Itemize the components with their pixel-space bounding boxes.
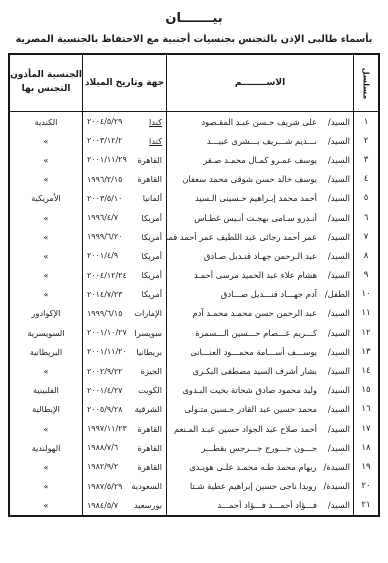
name-cell: السيد/ وليد محمود صادق شحاتة بخيت البـدو… (166, 381, 353, 400)
birth-place: الكويت (138, 385, 162, 395)
birth-date: ٢٠٠١/٤/٢٧ (87, 386, 122, 395)
header-name-cell: الاســــــــم (166, 55, 353, 111)
birth-date: ٢٠٠١/١١/٢٩ (87, 155, 127, 164)
nationality-cell: الفلبينية (10, 381, 82, 400)
birth-date: ٢٠٠١/٤/٩ (87, 251, 118, 260)
serial-cell: ١١ (353, 304, 378, 323)
birth-date: ١٩٨٤/٥/٧ (87, 501, 118, 510)
serial-cell: ١٨ (353, 438, 378, 457)
nationality-cell: السويسرية (10, 323, 82, 342)
birth-date: ١٩٨٧/٥/٢٩ (87, 482, 122, 491)
nationality-cell: الكندية (10, 112, 82, 131)
serial-cell: ٢٠ (353, 477, 378, 496)
nationality-cell: » (10, 477, 82, 496)
serial-cell: ١ (353, 112, 378, 131)
table-row: ١٥ السيد/ وليد محمود صادق شحاتة بخيت الب… (10, 381, 378, 400)
document-title: بيـــــــان (0, 0, 388, 26)
table-row: ٢١ السيد/ فـــؤاد أحمـــد فـــؤاد أحمـــ… (10, 496, 378, 515)
table-row: ٦ السيد/ أنـدرو سـامى بهجـت أنـيس غطـاس … (10, 208, 378, 227)
birth-cell: أمريكا ١٩٩٩/٦/٢٠ (82, 227, 166, 246)
person-name: رويدا ناجى حسين إبراهيم عطية شـتا (190, 481, 317, 491)
nationality-value: » (44, 155, 49, 165)
honorific-title: السيد/ (324, 443, 350, 453)
birth-cell: أمريكا ٢٠٠٤/١٢/٢٤ (82, 266, 166, 285)
table-row: ٨ السيد/ عبد الـرحمن جهـاد قنـديل صـادق … (10, 246, 378, 265)
honorific-title: السيد/ (324, 117, 350, 127)
serial-cell: ٧ (353, 227, 378, 246)
serial-number: ١٠ (361, 289, 370, 299)
birth-header-label: جهة وتاريخ الميلاد (85, 78, 164, 88)
birth-place: سويسرا (135, 328, 162, 338)
table-row: ٧ السيد/ عمر أحمد رجائى عبد اللطيف عمر أ… (10, 227, 378, 246)
header-birth-cell: جهة وتاريخ الميلاد (82, 55, 166, 111)
birth-place: أمريكا (142, 289, 162, 299)
birth-cell: بورسعيد ١٩٨٤/٥/٧ (82, 496, 166, 515)
person-name: ريهام محمد طـه محمـد علـى هويـدى (189, 462, 316, 472)
birth-date: ٢٠٠٣/١٢/٢ (87, 136, 122, 145)
birth-date: ٢٠١٤/٧/٢٣ (87, 290, 122, 299)
serial-cell: ١٤ (353, 361, 378, 380)
serial-cell: ٦ (353, 208, 378, 227)
table-row: ١٨ السيد/ جـــون جـــورج جـــرجس بقطـــر… (10, 438, 378, 457)
birth-place: بورسعيد (134, 500, 162, 510)
serial-header-label: مسلسل (361, 67, 370, 99)
serial-number: ١٢ (361, 328, 370, 338)
birth-place: القاهرة (137, 443, 162, 453)
nationality-cell: » (10, 150, 82, 169)
serial-number: ١٩ (361, 462, 370, 472)
serial-cell: ٣ (353, 150, 378, 169)
name-header-label: الاســــــــم (235, 78, 285, 88)
serial-number: ٧ (364, 232, 369, 242)
table-body: ١ السيد/ على شريف حـسن عبـد المقـصود كند… (10, 112, 378, 515)
name-cell: السيد/ عمر أحمد رجائى عبد اللطيف عمر أحم… (166, 227, 353, 246)
nationality-value: » (44, 136, 49, 146)
birth-date: ١٩٩٩/٦/١٥ (87, 309, 122, 318)
person-name: وليد محمود صادق شحاتة بخيت البـدوى (182, 385, 317, 395)
table-row: ٥ السيد/ أحمد محمد إبـراهيم حـسينى الـسي… (10, 189, 378, 208)
nationality-cell: الأمريكية (10, 189, 82, 208)
nationality-value: » (44, 213, 49, 223)
person-name: هشام علاء عبد الحميد مرسى أحمـد (194, 270, 317, 280)
birth-place: أمريكا (142, 213, 162, 223)
birth-place: الإمارات (134, 308, 162, 318)
nationality-cell: » (10, 285, 82, 304)
person-name: فـــؤاد أحمـــد فـــؤاد أحمـــد (217, 500, 317, 510)
person-name: على شريف حـسن عبـد المقـصود (201, 117, 317, 127)
honorific-title: السيد/ (324, 174, 350, 184)
nationality-value: » (44, 424, 49, 434)
name-cell: السيد/ محمد حسين عبد القادر حـسين متـولى (166, 400, 353, 419)
birth-place: أمريكا (142, 270, 162, 280)
honorific-title: السيد/ (324, 213, 350, 223)
serial-number: ٩ (364, 270, 369, 280)
table-row: ٢٠ السيدة/ رويدا ناجى حسين إبراهيم عطية … (10, 477, 378, 496)
person-name: كـــريم عـــصام حـــسين الـــسمرة (195, 328, 317, 338)
serial-number: ٥ (364, 193, 369, 203)
person-name: يوسف عمـرو كمـال محمـد صـقر (203, 155, 317, 165)
table-row: ١٢ السيد/ كـــريم عـــصام حـــسين الـــس… (10, 323, 378, 342)
name-cell: السيد/ عبد الرحمن حسن محمـد محمـد آدم (166, 304, 353, 323)
serial-number: ٢١ (361, 500, 370, 510)
table-row: ١٩ السيدة/ ريهام محمد طـه محمـد علـى هوي… (10, 457, 378, 476)
serial-cell: ٨ (353, 246, 378, 265)
birth-cell: كندا ٢٠٠٣/١٢/٢ (82, 131, 166, 150)
birth-date: ٢٠٠٥/٩/٢٨ (87, 405, 122, 414)
person-name: عمر أحمد رجائى عبد اللطيف عمر أحمد قمر (167, 232, 317, 242)
table-row: ١ السيد/ على شريف حـسن عبـد المقـصود كند… (10, 112, 378, 131)
nationality-cell: » (10, 170, 82, 189)
serial-cell: ٢١ (353, 496, 378, 515)
birth-place: كندا (149, 136, 162, 146)
name-cell: السيد/ يوسف عمـرو كمـال محمـد صـقر (166, 150, 353, 169)
honorific-title: السيد/ (324, 251, 350, 261)
nationality-value: الإيطالية (32, 404, 60, 414)
person-name: عبد الرحمن حسن محمـد محمـد آدم (192, 308, 317, 318)
table-row: ١٤ السيد/ بشار أشرف السيد مصطفى البكـرى … (10, 361, 378, 380)
person-name: يوسف خالد حسن شوقى محمد سعفان (182, 174, 317, 184)
birth-place: كندا (149, 117, 162, 127)
honorific-title: السيد/ (324, 232, 350, 242)
table-row: ١٠ الطفل/ آدم جهـــاد قنـــديل صـــادق أ… (10, 285, 378, 304)
birth-date: ٢٠٠٣/٥/١٠ (87, 194, 122, 203)
person-name: أنـدرو سـامى بهجـت أنـيس غطـاس (194, 213, 317, 223)
nationality-header-line1: الجنسية المأذون (10, 69, 82, 83)
birth-date: ١٩٩٧/١١/٢٣ (87, 424, 127, 433)
birth-cell: الجيزة ٢٠٠٢/٩/٢٢ (82, 361, 166, 380)
serial-cell: ٤ (353, 170, 378, 189)
serial-number: ١٤ (361, 366, 370, 376)
person-name: أحمد محمد إبـراهيم حـسينى الـسيد (195, 193, 317, 203)
serial-number: ٦ (364, 213, 369, 223)
serial-cell: ١٩ (353, 457, 378, 476)
serial-cell: ٢ (353, 131, 378, 150)
nationality-value: الكندية (35, 117, 58, 127)
birth-place: الشرقية (135, 404, 162, 414)
birth-place: بريطانيا (136, 347, 162, 357)
nationality-cell: » (10, 131, 82, 150)
honorific-title: السيدة/ (324, 462, 350, 472)
naturalization-table: مسلسل الاســــــــم جهة وتاريخ الميلاد ا… (8, 53, 380, 517)
serial-cell: ١٣ (353, 342, 378, 361)
nationality-value: السويسرية (27, 328, 64, 338)
honorific-title: السيد/ (324, 308, 350, 318)
nationality-value: الأمريكية (31, 193, 61, 203)
honorific-title: السيد/ (324, 155, 350, 165)
honorific-title: السيد/ (324, 136, 350, 146)
nationality-cell: » (10, 419, 82, 438)
person-name: محمد حسين عبد القادر حـسين متـولى (184, 404, 317, 414)
name-cell: السيد/ عبد الـرحمن جهـاد قنـديل صـادق (166, 246, 353, 265)
birth-cell: بريطانيا ٢٠٠١/١١/٢٠ (82, 342, 166, 361)
honorific-title: الطفل/ (324, 289, 350, 299)
nationality-cell: » (10, 208, 82, 227)
person-name: جـــون جـــورج جـــرجس بقطـــر (201, 443, 317, 453)
nationality-value: » (44, 500, 49, 510)
person-name: نـــديم شـــريف بـــشرى عبيـــد (207, 136, 317, 146)
honorific-title: السيد/ (324, 385, 350, 395)
birth-date: ٢٠٠١/١٠/٢٧ (87, 328, 127, 337)
table-row: ١١ السيد/ عبد الرحمن حسن محمـد محمـد آدم… (10, 304, 378, 323)
person-name: عبد الـرحمن جهـاد قنـديل صـادق (204, 251, 317, 261)
table-row: ٩ السيد/ هشام علاء عبد الحميد مرسى أحمـد… (10, 266, 378, 285)
serial-number: ٢٠ (361, 481, 370, 491)
name-cell: السيد/ على شريف حـسن عبـد المقـصود (166, 112, 353, 131)
name-cell: السيد/ يوسف خالد حسن شوقى محمد سعفان (166, 170, 353, 189)
nationality-cell: الإكوادور (10, 304, 82, 323)
birth-cell: سويسرا ٢٠٠١/١٠/٢٧ (82, 323, 166, 342)
name-cell: السيد/ نـــديم شـــريف بـــشرى عبيـــد (166, 131, 353, 150)
birth-date: ١٩٩٦/٢/١٥ (87, 175, 122, 184)
birth-cell: القاهرة ١٩٩٧/١١/٢٣ (82, 419, 166, 438)
serial-number: ١٦ (361, 404, 370, 414)
nationality-value: الإكوادور (32, 308, 61, 318)
birth-date: ١٩٩٦/٤/٧ (87, 213, 118, 222)
name-cell: السيدة/ ريهام محمد طـه محمـد علـى هويـدى (166, 457, 353, 476)
birth-cell: أمريكا ٢٠١٤/٧/٢٣ (82, 285, 166, 304)
table-row: ٣ السيد/ يوسف عمـرو كمـال محمـد صـقر الق… (10, 150, 378, 169)
serial-number: ١١ (361, 308, 370, 318)
table-row: ١٣ السيد/ يوســـف أســـامة محمـــود العن… (10, 342, 378, 361)
name-cell: السيد/ هشام علاء عبد الحميد مرسى أحمـد (166, 266, 353, 285)
birth-cell: القاهرة ١٩٨٨/٧/٦ (82, 438, 166, 457)
birth-cell: القاهرة ٢٠٠١/١١/٢٩ (82, 150, 166, 169)
birth-cell: كندا ٢٠٠٤/٥/٢٩ (82, 112, 166, 131)
nationality-cell: » (10, 246, 82, 265)
name-cell: السيد/ بشار أشرف السيد مصطفى البكـرى (166, 361, 353, 380)
nationality-value: » (44, 366, 49, 376)
honorific-title: السيد/ (324, 193, 350, 203)
nationality-value: البريطانية (30, 347, 62, 357)
honorific-title: السيد/ (324, 500, 350, 510)
birth-place: القاهرة (137, 424, 162, 434)
document-subtitle: بأسماء طالبى الإذن بالتجنس بجنسيات أجنبي… (0, 34, 388, 45)
person-name: آدم جهـــاد قنـــديل صـــادق (221, 289, 317, 299)
nationality-cell: الإيطالية (10, 400, 82, 419)
birth-place: الجيزة (141, 366, 162, 376)
birth-place: أمريكا (142, 232, 162, 242)
document-page: بيـــــــان بأسماء طالبى الإذن بالتجنس ب… (0, 0, 388, 563)
table-row: ٤ السيد/ يوسف خالد حسن شوقى محمد سعفان ا… (10, 170, 378, 189)
name-cell: الطفل/ آدم جهـــاد قنـــديل صـــادق (166, 285, 353, 304)
table-row: ١٧ السيد/ أحمد صلاح عبد الجواد حسين عبـد… (10, 419, 378, 438)
honorific-title: السيد/ (324, 328, 350, 338)
birth-date: ١٩٨٢/٩/٢ (87, 462, 118, 471)
honorific-title: السيد/ (324, 424, 350, 434)
serial-number: ٢ (364, 136, 369, 146)
birth-place: القاهرة (137, 174, 162, 184)
table-header: مسلسل الاســــــــم جهة وتاريخ الميلاد ا… (10, 55, 378, 112)
name-cell: السيد/ يوســـف أســـامة محمـــود العنـــ… (166, 342, 353, 361)
nationality-cell: » (10, 266, 82, 285)
table-row: ١٦ السيد/ محمد حسين عبد القادر حـسين متـ… (10, 400, 378, 419)
nationality-value: » (44, 462, 49, 472)
honorific-title: السيد/ (324, 347, 350, 357)
serial-cell: ١٦ (353, 400, 378, 419)
birth-date: ١٩٩٩/٦/٢٠ (87, 232, 122, 241)
nationality-value: » (44, 174, 49, 184)
nationality-value: » (44, 251, 49, 261)
person-name: أحمد صلاح عبد الجواد حسين عبـد المـنعم (174, 424, 317, 434)
serial-number: ١٥ (361, 385, 370, 395)
serial-number: ٨ (364, 251, 369, 261)
nationality-cell: » (10, 496, 82, 515)
birth-date: ١٩٨٨/٧/٦ (87, 443, 118, 452)
birth-place: السعودية (131, 481, 162, 491)
birth-place: ألمانيا (143, 193, 162, 203)
nationality-cell: » (10, 361, 82, 380)
serial-number: ١٣ (361, 347, 370, 357)
serial-cell: ١٧ (353, 419, 378, 438)
table-row: ٢ السيد/ نـــديم شـــريف بـــشرى عبيـــد… (10, 131, 378, 150)
birth-place: القاهرة (137, 155, 162, 165)
name-cell: السيد/ أحمد محمد إبـراهيم حـسينى الـسيد (166, 189, 353, 208)
nationality-value: » (44, 481, 49, 491)
name-cell: السيد/ أحمد صلاح عبد الجواد حسين عبـد ال… (166, 419, 353, 438)
birth-date: ٢٠٠٤/٥/٢٩ (87, 117, 122, 126)
name-cell: السيدة/ رويدا ناجى حسين إبراهيم عطية شـت… (166, 477, 353, 496)
header-serial-cell: مسلسل (353, 55, 378, 111)
nationality-value: » (44, 270, 49, 280)
serial-cell: ١٠ (353, 285, 378, 304)
nationality-cell: الهولندية (10, 438, 82, 457)
birth-place: القاهرة (137, 462, 162, 472)
birth-cell: القاهرة ١٩٩٦/٢/١٥ (82, 170, 166, 189)
serial-cell: ٥ (353, 189, 378, 208)
honorific-title: السيد/ (324, 366, 350, 376)
nationality-value: الهولندية (32, 443, 61, 453)
nationality-cell: » (10, 457, 82, 476)
birth-cell: الإمارات ١٩٩٩/٦/١٥ (82, 304, 166, 323)
serial-number: ٤ (364, 174, 369, 184)
nationality-cell: البريطانية (10, 342, 82, 361)
birth-date: ٢٠٠٢/٩/٢٢ (87, 367, 122, 376)
birth-cell: أمريكا ١٩٩٦/٤/٧ (82, 208, 166, 227)
name-cell: السيد/ جـــون جـــورج جـــرجس بقطـــر (166, 438, 353, 457)
serial-number: ١ (364, 117, 369, 127)
honorific-title: السيدة/ (324, 481, 350, 491)
serial-cell: ١٥ (353, 381, 378, 400)
nationality-value: » (44, 232, 49, 242)
nationality-value: » (44, 289, 49, 299)
person-name: يوســـف أســـامة محمـــود العنـــانى (190, 347, 317, 357)
birth-date: ٢٠٠١/١١/٢٠ (87, 347, 127, 356)
person-name: بشار أشرف السيد مصطفى البكـرى (193, 366, 317, 376)
honorific-title: السيد/ (324, 404, 350, 414)
name-cell: السيد/ أنـدرو سـامى بهجـت أنـيس غطـاس (166, 208, 353, 227)
birth-cell: ألمانيا ٢٠٠٣/٥/١٠ (82, 189, 166, 208)
name-cell: السيد/ كـــريم عـــصام حـــسين الـــسمرة (166, 323, 353, 342)
header-nationality-cell: الجنسية المأذون التجنس بها (10, 55, 82, 111)
nationality-value: الفلبينية (33, 385, 59, 395)
birth-cell: أمريكا ٢٠٠١/٤/٩ (82, 246, 166, 265)
serial-number: ١٨ (361, 443, 370, 453)
birth-cell: الكويت ٢٠٠١/٤/٢٧ (82, 381, 166, 400)
serial-number: ٣ (364, 155, 369, 165)
serial-cell: ١٢ (353, 323, 378, 342)
birth-cell: الشرقية ٢٠٠٥/٩/٢٨ (82, 400, 166, 419)
birth-place: أمريكا (142, 251, 162, 261)
birth-date: ٢٠٠٤/١٢/٢٤ (87, 271, 127, 280)
serial-cell: ٩ (353, 266, 378, 285)
nationality-cell: » (10, 227, 82, 246)
nationality-header-line2: التجنس بها (22, 83, 71, 97)
honorific-title: السيد/ (324, 270, 350, 280)
birth-cell: السعودية ١٩٨٧/٥/٢٩ (82, 477, 166, 496)
serial-number: ١٧ (361, 424, 370, 434)
name-cell: السيد/ فـــؤاد أحمـــد فـــؤاد أحمـــد (166, 496, 353, 515)
birth-cell: القاهرة ١٩٨٢/٩/٢ (82, 457, 166, 476)
